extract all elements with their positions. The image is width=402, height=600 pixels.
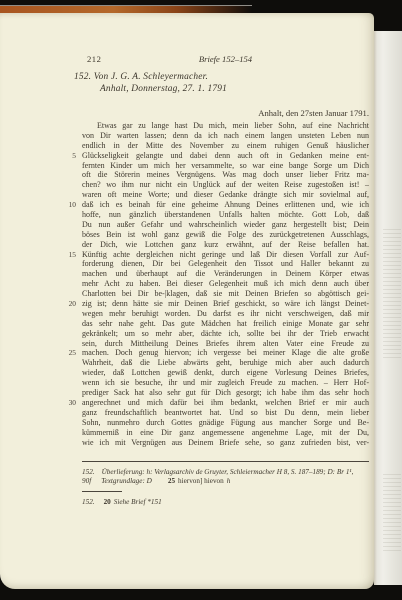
- text-line: Du nun außer Gefahr und wahrscheinlich w…: [82, 220, 369, 230]
- apparatus-textgrundlage: Textgrundlage: D: [101, 477, 152, 485]
- footnote-line-ref: 20: [104, 498, 111, 506]
- line-text: angerechnet und mich dafür bei ihm bedan…: [82, 398, 369, 408]
- line-text: oft die Störerin meines Vergnügens. Was …: [82, 170, 369, 180]
- line-text: böses Bein ist wohl ganz gewiß die Folge…: [82, 230, 369, 240]
- text-line: 5Glückseligkeit gelangte und dabei denn …: [82, 151, 369, 161]
- line-text: wegen mehr beruhigt worden. Du darfst es…: [82, 309, 369, 319]
- text-line: machen und überhaupt auf die Veränderung…: [82, 269, 369, 279]
- apparatus-entry-number: 152.: [82, 468, 95, 476]
- apparatus-ueberlieferung: Überlieferung: h: Verlagsarchiv de Gruyt…: [102, 468, 354, 476]
- line-text: sein, durch Mittheilung Deines Briefes i…: [82, 339, 369, 349]
- line-text: chen? wo ihm nur nicht ein Unglück auf d…: [82, 180, 369, 190]
- text-line: chen? wo ihm nur nicht ein Unglück auf d…: [82, 180, 369, 190]
- text-line: wie ich mit Vergnügen aus Deinem Briefe …: [82, 438, 369, 448]
- text-line: wegen mehr beruhigt worden. Du darfst es…: [82, 309, 369, 319]
- line-text: forderung dienen, Dir bei Gelegenheit de…: [82, 259, 369, 269]
- line-text: daß ich es beinah für eine geheime Ahnun…: [82, 200, 369, 210]
- line-text: von Dir warten lassen; denn da ich nach …: [82, 131, 369, 141]
- page-header: 212 Briefe 152–154: [82, 54, 369, 64]
- text-line: sein, durch Mittheilung Deines Briefes i…: [82, 339, 369, 349]
- margin-line-number: 15: [69, 250, 76, 260]
- apparatus-block: 152.Überlieferung: h: Verlagsarchiv de G…: [82, 468, 374, 487]
- footnote-entry-number: 152.: [82, 498, 95, 506]
- line-text: machen. Doch genug hiervon; ich vergesse…: [82, 348, 369, 358]
- apparatus-siglum: h: [227, 477, 231, 485]
- text-line: ganz freundschaftlich beantwortet hat. U…: [82, 408, 369, 418]
- letter-body: Etwas gar zu lange hast Du mich, mein li…: [82, 121, 369, 447]
- line-text: Sohn, nunmehro durch Gottes gnädige Fügu…: [82, 418, 369, 428]
- margin-line-number: 5: [72, 151, 76, 161]
- text-line: böses Bein ist wohl ganz gewiß die Folge…: [82, 230, 369, 240]
- line-text: Etwas gar zu lange hast Du mich, mein li…: [82, 121, 369, 131]
- footnote-divider-rule: [82, 491, 122, 492]
- margin-line-number: 10: [69, 200, 76, 210]
- letter-dateline: Anhalt, den 27sten Januar 1791.: [82, 108, 369, 118]
- line-text: Glückseligkeit gelangte und dabei denn a…: [82, 151, 369, 161]
- letter-heading-line1: 152. Von J. G. A. Schleyermacher.: [74, 71, 227, 83]
- next-page-text-showthrough: [383, 471, 401, 551]
- apparatus-line-1: 152.Überlieferung: h: Verlagsarchiv de G…: [82, 468, 374, 477]
- line-text: mehr Acht zu haben. Bei dieser Gelegenhe…: [82, 279, 369, 289]
- line-text: wenn ich sie besuche, ihr und mir zuglei…: [82, 378, 369, 388]
- text-line: 15Künftig achte dergleichen nicht gering…: [82, 250, 369, 260]
- line-text: zig ist; denn hätte sie mir Deinen Brief…: [82, 299, 369, 309]
- next-page-text-showthrough: [383, 226, 401, 361]
- line-text: machen und überhaupt auf die Veränderung…: [82, 269, 369, 279]
- footnote-block: 152.20Siehe Brief *151: [82, 498, 374, 507]
- book-photo: { "page": { "page_number": "212", "runni…: [0, 0, 402, 600]
- text-line: 30angerechnet und mich dafür bei ihm bed…: [82, 398, 369, 408]
- text-line: Sohn, nunmehro durch Gottes gnädige Fügu…: [82, 418, 369, 428]
- line-text: gekränkelt; um so mehr aber, dächte ich,…: [82, 329, 369, 339]
- footnote-text: Siehe Brief *151: [114, 498, 162, 506]
- apparatus-lemma: hiervon] hievon: [178, 477, 224, 485]
- apparatus-lemma-line-number: 25: [168, 477, 175, 485]
- text-line: hoffe, nun gänzlich überstandenen Unfall…: [82, 210, 369, 220]
- text-line: forderung dienen, Dir bei Gelegenheit de…: [82, 259, 369, 269]
- line-text: Wahrheit, daß die Liebe abwärts geht, be…: [82, 358, 369, 368]
- text-line: endlich in der Mitte des November zu ein…: [82, 141, 369, 151]
- page-number: 212: [87, 54, 101, 64]
- text-line: Etwas gar zu lange hast Du mich, mein li…: [82, 121, 369, 131]
- page-fore-edge: [374, 31, 402, 585]
- line-text: wieder, daß Lottchen gewiß denkt, durch …: [82, 368, 369, 378]
- text-line: wenn ich sie besuche, ihr und mir zuglei…: [82, 378, 369, 388]
- margin-line-number: 25: [69, 348, 76, 358]
- line-text: kümmerniß in eine Dir ganz angemessene a…: [82, 428, 369, 438]
- text-line: wieder, daß Lottchen gewiß denkt, durch …: [82, 368, 369, 378]
- line-text: Charlotten bei Dir be-|klagen, daß sie m…: [82, 289, 369, 299]
- running-head: Briefe 152–154: [82, 54, 369, 64]
- apparatus-divider-rule: [82, 461, 369, 462]
- line-text: der Dich, wie Lottchen ganz kurz erwähnt…: [82, 240, 369, 250]
- apparatus-line-2: 90fTextgrundlage: D25hiervon] hievonh: [82, 477, 374, 486]
- text-line: 10daß ich es beinah für eine geheime Ahn…: [82, 200, 369, 210]
- text-line: 25machen. Doch genug hiervon; ich verges…: [82, 348, 369, 358]
- text-line: oft die Störerin meines Vergnügens. Was …: [82, 170, 369, 180]
- text-line: von Dir warten lassen; denn da ich nach …: [82, 131, 369, 141]
- text-line: fernten Kinder um mich her versammelte, …: [82, 161, 369, 171]
- book-page: 212 Briefe 152–154 152. Von J. G. A. Sch…: [0, 13, 374, 589]
- text-line: kümmerniß in eine Dir ganz angemessene a…: [82, 428, 369, 438]
- line-text: hoffe, nun gänzlich überstandenen Unfall…: [82, 210, 369, 220]
- text-line: 20zig ist; denn hätte sie mir Deinen Bri…: [82, 299, 369, 309]
- apparatus-page-ref: 90f: [82, 477, 91, 485]
- text-line: gekränkelt; um so mehr aber, dächte ich,…: [82, 329, 369, 339]
- line-text: waren oft meine Worte; und dieser Gedank…: [82, 190, 369, 200]
- line-text: das sehr nahe geht. Das gute Mädchen hat…: [82, 319, 369, 329]
- line-text: ganz freundschaftlich beantwortet hat. U…: [82, 408, 369, 418]
- line-text: Du nun außer Gefahr und wahrscheinlich w…: [82, 220, 369, 230]
- margin-line-number: 20: [69, 299, 76, 309]
- text-line: Charlotten bei Dir be-|klagen, daß sie m…: [82, 289, 369, 299]
- letter-heading: 152. Von J. G. A. Schleyermacher. Anhalt…: [74, 71, 227, 96]
- margin-line-number: 30: [69, 398, 76, 408]
- line-text: Künftig achte dergleichen nicht geringe …: [82, 250, 369, 260]
- text-line: das sehr nahe geht. Das gute Mädchen hat…: [82, 319, 369, 329]
- text-line: Wahrheit, daß die Liebe abwärts geht, be…: [82, 358, 369, 368]
- line-text: prediger Sack hat also sehr gut für Dich…: [82, 388, 369, 398]
- letter-heading-line2: Anhalt, Donnerstag, 27. 1. 1791: [74, 83, 227, 95]
- text-line: der Dich, wie Lottchen ganz kurz erwähnt…: [82, 240, 369, 250]
- line-text: wie ich mit Vergnügen aus Deinem Briefe …: [82, 438, 369, 448]
- text-line: waren oft meine Worte; und dieser Gedank…: [82, 190, 369, 200]
- line-text: fernten Kinder um mich her versammelte, …: [82, 161, 369, 171]
- text-line: mehr Acht zu haben. Bei dieser Gelegenhe…: [82, 279, 369, 289]
- line-text: endlich in der Mitte des November zu ein…: [82, 141, 369, 151]
- text-line: prediger Sack hat also sehr gut für Dich…: [82, 388, 369, 398]
